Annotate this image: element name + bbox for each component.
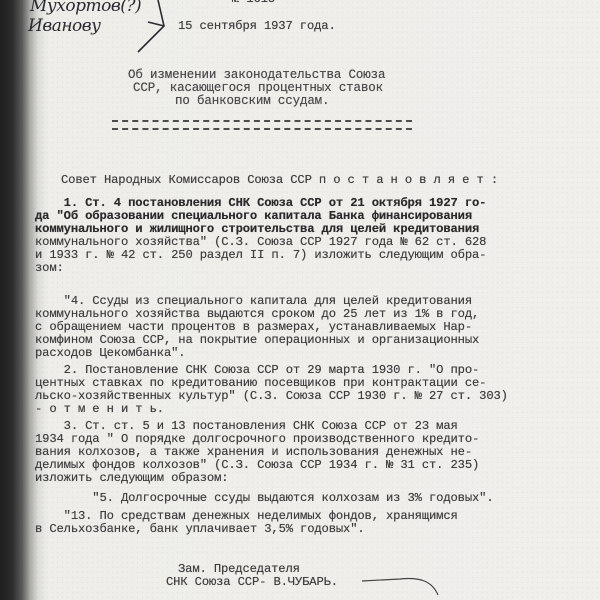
body-line: изложить следующим образом: [35,472,228,485]
document-page: Мухортов(?) Иванову № 1615 15 сентября 1… [0,0,600,600]
signature-line: СНК Союза ССР- В.ЧУБАРЬ. [166,576,338,589]
body-line: "5. Долгосрочные ссуды выдаются колхозам… [35,492,493,505]
body-line: и 1933 г. № 42 ст. 250 раздел II п. 7) и… [35,249,486,262]
handwritten-arrow-icon [118,0,178,60]
body-line: - о т м е н и т ь. [35,403,164,416]
handwritten-note-line-2: Иванову [28,16,101,36]
document-number: № 1615 [232,0,275,6]
body-line: в Сельхозбанке, банк уплачивает 3,5% год… [35,523,365,536]
body-line: зом: [35,262,64,275]
signature-flourish-icon [360,565,450,600]
document-title-line-3: по банковским ссудам. [175,95,329,108]
document-date: 15 сентября 1937 года. [178,20,336,33]
preamble: Совет Народных Комиссаров Союза ССР п о … [61,174,498,187]
title-separator [112,120,412,130]
body-line: расходов Цекомбанка". [35,347,185,360]
